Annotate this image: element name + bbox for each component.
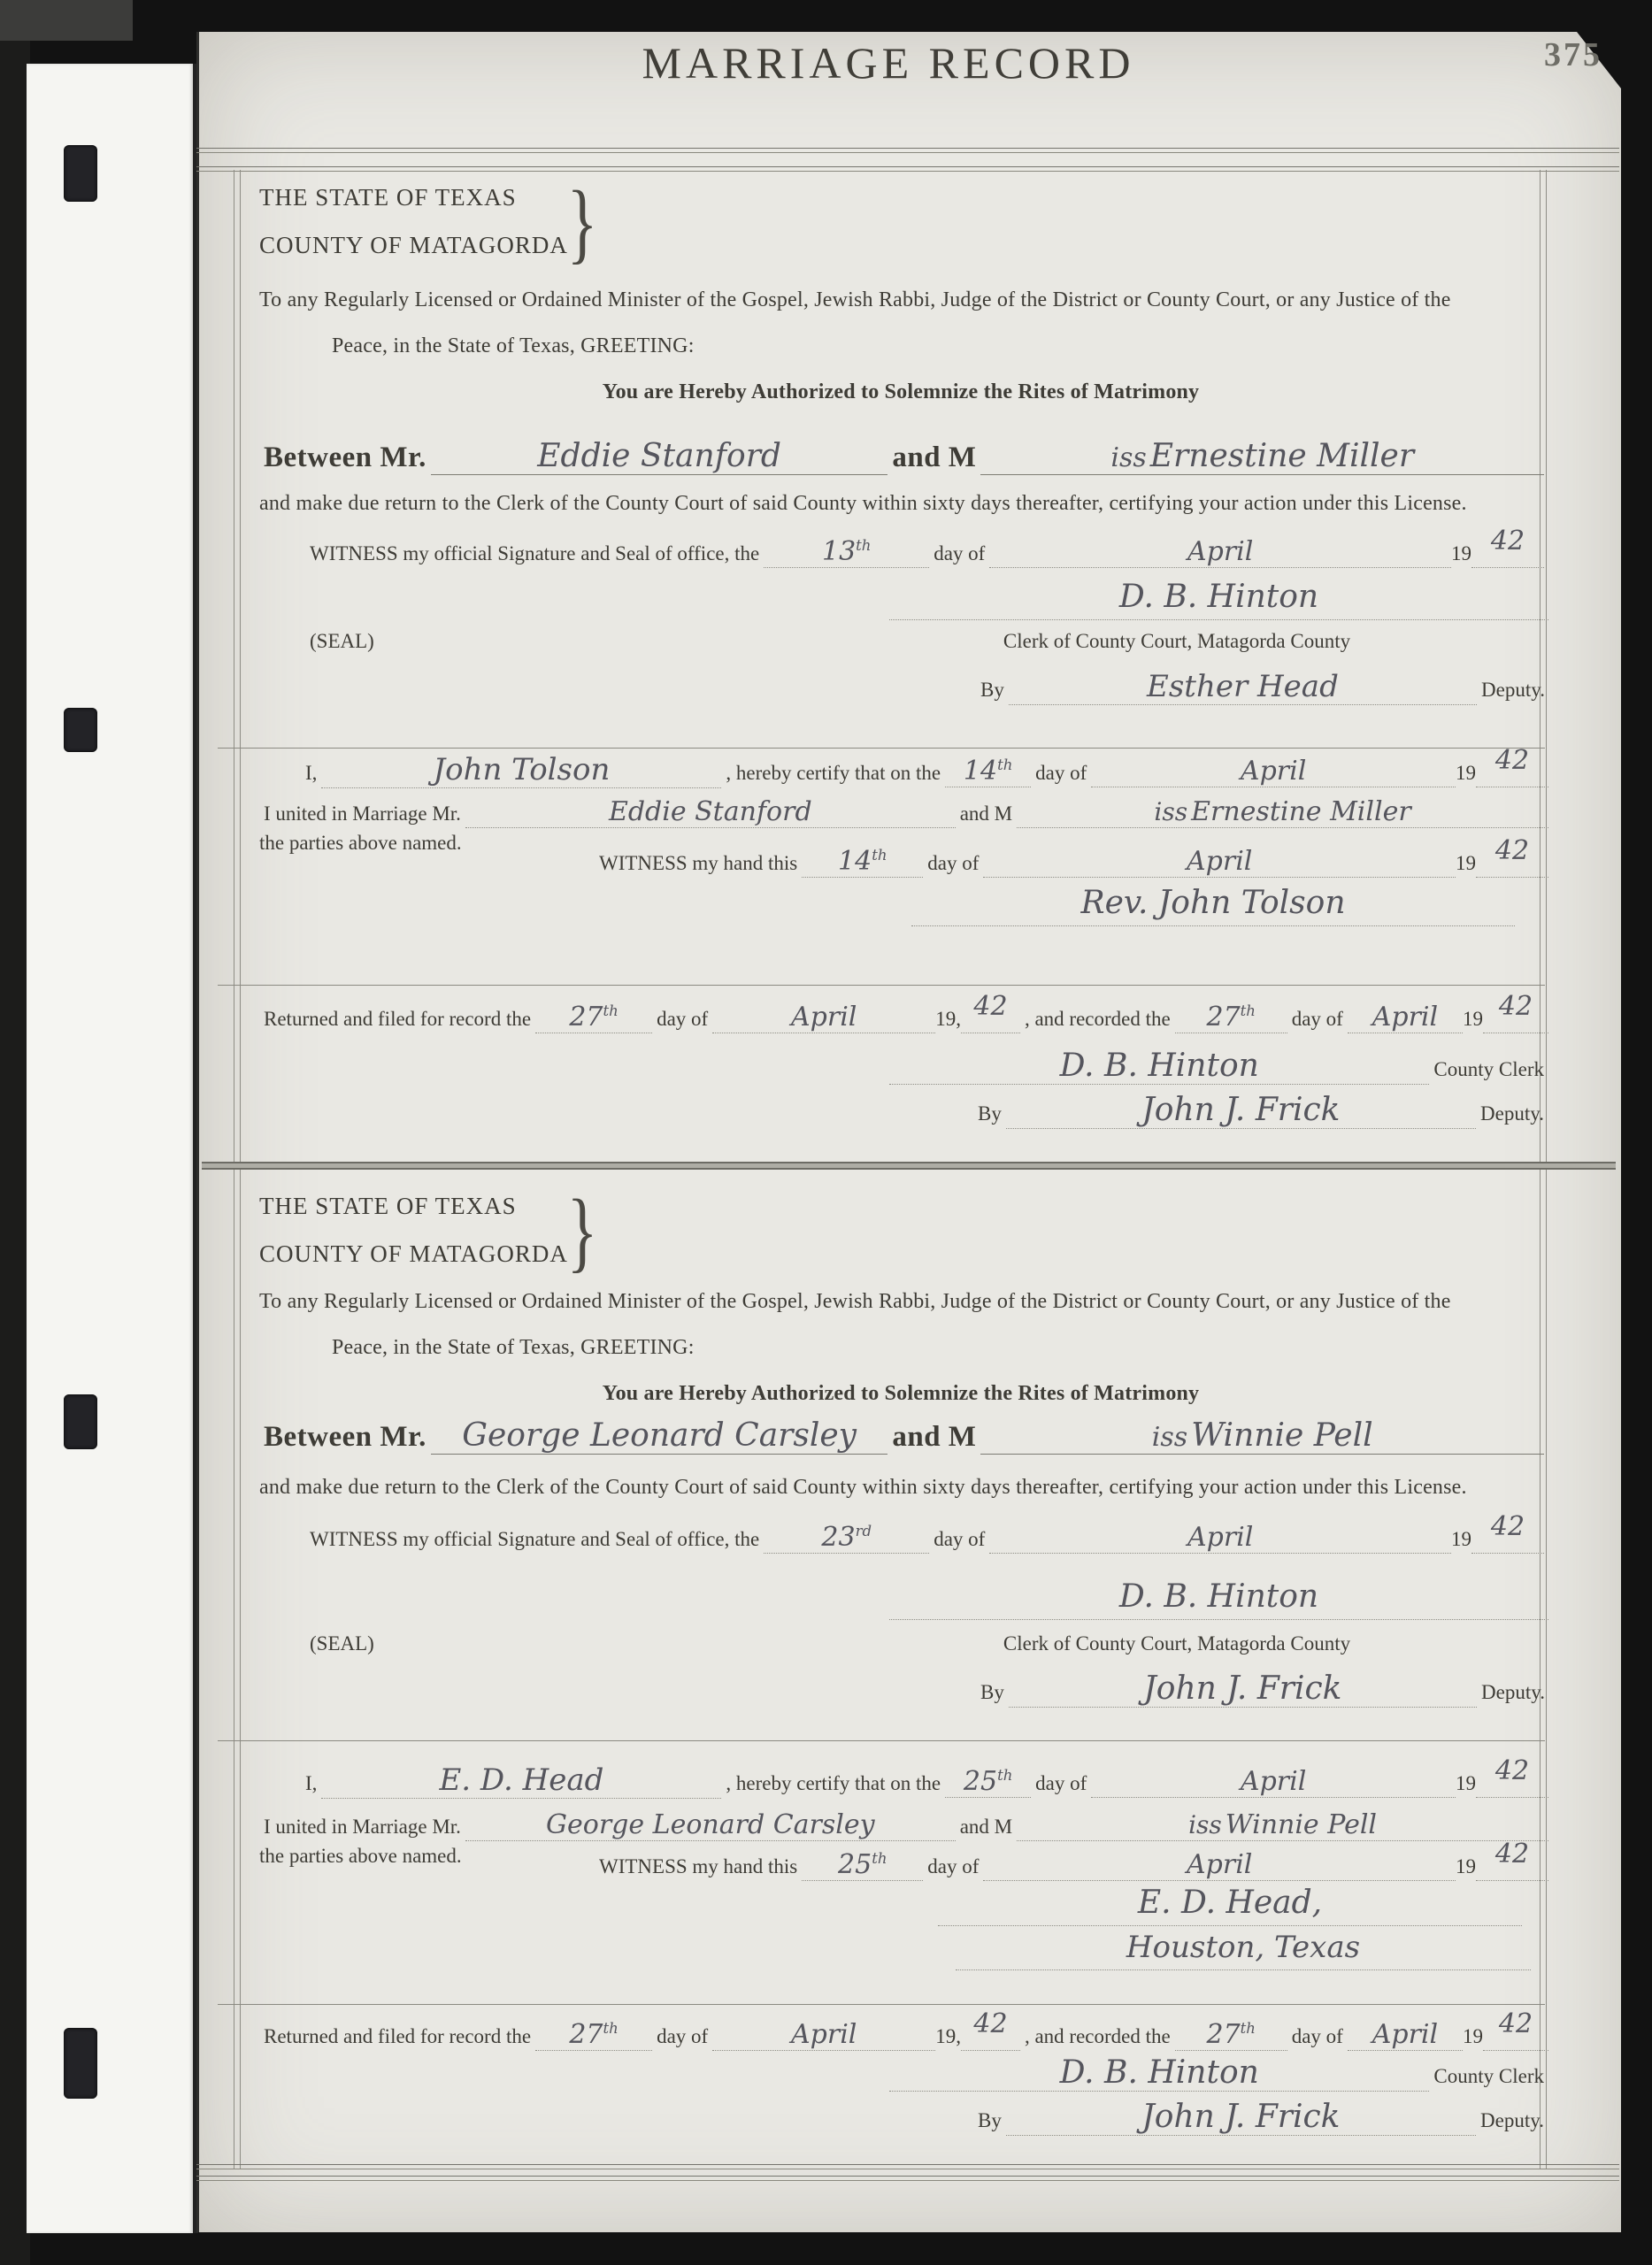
clerk-signature: D. B. Hinton	[1119, 577, 1318, 618]
married-month: April	[1091, 1766, 1456, 1798]
day-of-label: day of	[1292, 2025, 1343, 2048]
scan-corner-artifact	[0, 0, 133, 41]
and-miss-label: and M	[960, 1816, 1012, 1839]
returned-label: Returned and filed for record the	[264, 1008, 531, 1031]
section-divider	[218, 2004, 1545, 2005]
filed-month: April	[712, 2019, 935, 2051]
minister-name: E. D. Head	[321, 1762, 721, 1799]
county-clerk-signature-row: D. B. Hinton County Clerk	[889, 2047, 1548, 2092]
filed-day: 27th	[535, 2019, 652, 2051]
punch-hole	[64, 1394, 97, 1449]
county-heading: COUNTY OF MATAGORDA	[259, 1240, 568, 1268]
bride-name-fill: iss Ernestine Miller	[1017, 796, 1548, 828]
witness-seal-label: WITNESS my official Signature and Seal o…	[310, 1528, 759, 1551]
deputy-line: By John J. Frick Deputy.	[976, 1663, 1549, 1708]
record-clerk-signature: D. B. Hinton	[889, 1048, 1429, 1085]
day-of-label: day of	[657, 1008, 708, 1031]
hand-year-fill: 42	[1476, 846, 1548, 878]
addressee-line: To any Regularly Licensed or Ordained Mi…	[259, 288, 1542, 312]
by-label: By	[980, 1681, 1004, 1704]
i-label: I,	[305, 1772, 317, 1795]
married-year: 42	[1495, 745, 1529, 776]
minister-certify-line: I, E. D. Head , hereby certify that on t…	[301, 1755, 1548, 1799]
groom-name: George Leonard Carsley	[431, 1417, 887, 1455]
bride-name-fill: iss Ernestine Miller	[980, 438, 1544, 475]
filed-year-fill: 42	[961, 2019, 1020, 2051]
form-border-left	[234, 170, 241, 2169]
by-label: By	[980, 679, 1004, 702]
record-deputy-signature: John J. Frick	[1006, 2099, 1476, 2136]
state-heading: THE STATE OF TEXAS	[259, 184, 517, 211]
hand-day: 25th	[802, 1849, 923, 1881]
record-deputy-row: By John J. Frick Deputy.	[973, 1085, 1548, 1129]
seal-label: (SEAL)	[310, 630, 374, 653]
return-clause: and make due return to the Clerk of the …	[259, 492, 1544, 516]
bottom-rule	[196, 2176, 1619, 2181]
license-day: 13th	[764, 536, 929, 568]
bride-name-fill: iss Winnie Pell	[1017, 1809, 1548, 1841]
deputy-line: By Esther Head Deputy.	[976, 662, 1549, 705]
minister-location-line: Houston, Texas	[956, 1927, 1531, 1970]
recorded-month: April	[1348, 2019, 1463, 2051]
state-heading: THE STATE OF TEXAS	[259, 1193, 517, 1220]
day-of-label: day of	[927, 1855, 979, 1878]
punch-hole	[64, 2028, 97, 2099]
year-prefix: 19	[1451, 542, 1471, 565]
license-year: 42	[1491, 526, 1525, 557]
filing-line: Returned and filed for record the 27th d…	[259, 994, 1548, 1033]
addressee-line: To any Regularly Licensed or Ordained Mi…	[259, 1290, 1542, 1314]
between-label: Between Mr.	[264, 1421, 426, 1454]
day-of-label: day of	[927, 852, 979, 875]
witness-hand-label: WITNESS my hand this	[599, 1855, 797, 1878]
year-prefix: 19	[1456, 762, 1476, 785]
married-year-fill: 42	[1476, 756, 1548, 787]
miss-prefix: iss	[1110, 442, 1146, 473]
recorded-label: , and recorded the	[1025, 1008, 1171, 1031]
by-label: By	[978, 1102, 1002, 1125]
certify-label: , hereby certify that on the	[726, 1772, 941, 1795]
license-day: 23rd	[764, 1522, 929, 1554]
hand-month: April	[983, 1849, 1456, 1881]
year-prefix: 19	[1463, 1008, 1483, 1031]
i-label: I,	[305, 762, 317, 785]
year-prefix: 19	[1456, 852, 1476, 875]
clerk-title: Clerk of County Court, Matagorda County	[841, 630, 1513, 653]
filing-line: Returned and filed for record the 27th d…	[259, 2012, 1548, 2051]
recorded-month: April	[1348, 1002, 1463, 1033]
minister-signature: E. D. Head,	[1138, 1883, 1322, 1923]
day-of-label: day of	[1292, 1008, 1343, 1031]
witness-seal-label: WITNESS my official Signature and Seal o…	[310, 542, 759, 565]
recorded-label: , and recorded the	[1025, 2025, 1171, 2048]
bottom-rule	[196, 2164, 1619, 2169]
united-label: I united in Marriage Mr.	[264, 802, 461, 825]
hand-day: 14th	[802, 846, 923, 878]
brace: }	[567, 171, 598, 274]
authorization-line: You are Hereby Authorized to Solemnize t…	[259, 380, 1542, 404]
page-edge-strip	[27, 64, 193, 2233]
parties-label: the parties above named.	[259, 832, 462, 855]
record-deputy-row: By John J. Frick Deputy.	[973, 2092, 1548, 2136]
filed-year-fill: 42	[961, 1002, 1020, 1033]
minister-signature: Rev. John Tolson	[1080, 883, 1345, 924]
deputy-label: Deputy.	[1480, 1102, 1544, 1125]
clerk-signature-line: D. B. Hinton	[889, 1577, 1548, 1620]
deputy-label: Deputy.	[1481, 1681, 1545, 1704]
punch-hole	[64, 145, 97, 202]
parties-label: the parties above named.	[259, 1845, 462, 1868]
married-month: April	[1091, 756, 1456, 787]
between-line: Between Mr. Eddie Stanford and M iss Ern…	[259, 431, 1544, 475]
by-label: By	[978, 2109, 1002, 2132]
record-separator	[202, 1162, 1616, 1170]
clerk-title: Clerk of County Court, Matagorda County	[841, 1632, 1513, 1655]
year-prefix: 19	[1463, 2025, 1483, 2048]
book-binding-edge	[0, 0, 30, 2265]
bride-name: Ernestine Miller	[1150, 438, 1414, 474]
recorded-year-fill: 42	[1483, 2019, 1548, 2051]
between-line: Between Mr. George Leonard Carsley and M…	[259, 1410, 1544, 1455]
filed-day: 27th	[535, 1002, 652, 1033]
recorded-day: 27th	[1175, 2019, 1287, 2051]
groom-name: Eddie Stanford	[465, 796, 956, 828]
filed-month: April	[712, 1002, 935, 1033]
witness-hand-line: WITNESS my hand this 14th day of April 1…	[595, 839, 1548, 878]
deputy-label: Deputy.	[1481, 679, 1545, 702]
returned-label: Returned and filed for record the	[264, 2025, 531, 2048]
and-miss-label: and M	[892, 1421, 976, 1454]
seal-label: (SEAL)	[310, 1632, 374, 1655]
united-line: I united in Marriage Mr. George Leonard …	[259, 1802, 1548, 1841]
authorization-line: You are Hereby Authorized to Solemnize t…	[259, 1382, 1542, 1406]
married-year-fill: 42	[1476, 1766, 1548, 1798]
year-prefix: 19	[1456, 1855, 1476, 1878]
and-miss-label: and M	[960, 802, 1012, 825]
witness-hand-line: WITNESS my hand this 25th day of April 1…	[595, 1842, 1548, 1881]
county-heading: COUNTY OF MATAGORDA	[259, 232, 568, 259]
record-deputy-signature: John J. Frick	[1006, 1092, 1476, 1129]
between-label: Between Mr.	[264, 441, 426, 474]
hand-month: April	[983, 846, 1456, 878]
page-number-stamp: 375	[1531, 35, 1616, 74]
clerk-signature-line: D. B. Hinton	[889, 577, 1548, 620]
recorded-day: 27th	[1175, 1002, 1287, 1033]
clerk-signature: D. B. Hinton	[1119, 1577, 1318, 1617]
license-month: April	[989, 536, 1451, 568]
married-day: 25th	[945, 1766, 1031, 1798]
hand-year: 42	[1495, 835, 1529, 866]
deputy-signature: John J. Frick	[1009, 1670, 1477, 1708]
county-clerk-label: County Clerk	[1433, 1058, 1544, 1081]
top-rule	[196, 148, 1619, 153]
page-title: MARRIAGE RECORD	[517, 37, 1260, 88]
brace: }	[567, 1179, 598, 1283]
minister-signature-line: E. D. Head,	[938, 1883, 1522, 1926]
day-of-label: day of	[1035, 762, 1087, 785]
hand-year-fill: 42	[1476, 1849, 1548, 1881]
addressee-line2: Peace, in the State of Texas, GREETING:	[332, 1336, 695, 1360]
year-prefix: 19	[1451, 1528, 1471, 1551]
county-clerk-label: County Clerk	[1433, 2065, 1544, 2088]
year-prefix: 19	[1456, 1772, 1476, 1795]
year-prefix-comma: 19,	[935, 1008, 961, 1031]
united-line: I united in Marriage Mr. Eddie Stanford …	[259, 789, 1548, 828]
married-day: 14th	[945, 756, 1031, 787]
top-rule	[196, 166, 1619, 172]
minister-signature-line: Rev. John Tolson	[911, 883, 1515, 926]
section-divider	[218, 1740, 1545, 1741]
license-month: April	[989, 1522, 1451, 1554]
addressee-line2: Peace, in the State of Texas, GREETING:	[332, 334, 695, 358]
scanned-marriage-record-page: 375 MARRIAGE RECORD THE STATE OF TEXAS C…	[0, 0, 1652, 2265]
recorded-year-fill: 42	[1483, 1002, 1548, 1033]
deputy-label: Deputy.	[1480, 2109, 1544, 2132]
witness-hand-label: WITNESS my hand this	[599, 852, 797, 875]
certify-label: , hereby certify that on the	[726, 762, 941, 785]
section-divider	[218, 985, 1545, 986]
groom-name: George Leonard Carsley	[465, 1809, 956, 1841]
and-miss-label: and M	[892, 441, 976, 474]
united-label: I united in Marriage Mr.	[264, 1816, 461, 1839]
license-year-fill: 42	[1471, 536, 1544, 568]
deputy-signature: Esther Head	[1009, 669, 1477, 705]
minister-location: Houston, Texas	[1126, 1927, 1360, 1968]
punch-hole	[64, 708, 97, 752]
day-of-label: day of	[934, 1528, 985, 1551]
record-clerk-signature: D. B. Hinton	[889, 2054, 1429, 2092]
day-of-label: day of	[934, 542, 985, 565]
county-clerk-signature-row: D. B. Hinton County Clerk	[889, 1040, 1548, 1085]
license-year-fill: 42	[1471, 1522, 1544, 1554]
bride-name-fill: iss Winnie Pell	[980, 1417, 1544, 1455]
witness-seal-line: WITNESS my official Signature and Seal o…	[305, 529, 1544, 568]
minister-certify-line: I, John Tolson , hereby certify that on …	[301, 745, 1548, 788]
year-prefix-comma: 19,	[935, 2025, 961, 2048]
witness-seal-line: WITNESS my official Signature and Seal o…	[305, 1515, 1544, 1554]
day-of-label: day of	[1035, 1772, 1087, 1795]
return-clause: and make due return to the Clerk of the …	[259, 1476, 1544, 1500]
minister-name: John Tolson	[321, 752, 721, 788]
groom-name: Eddie Stanford	[431, 438, 887, 475]
day-of-label: day of	[657, 2025, 708, 2048]
